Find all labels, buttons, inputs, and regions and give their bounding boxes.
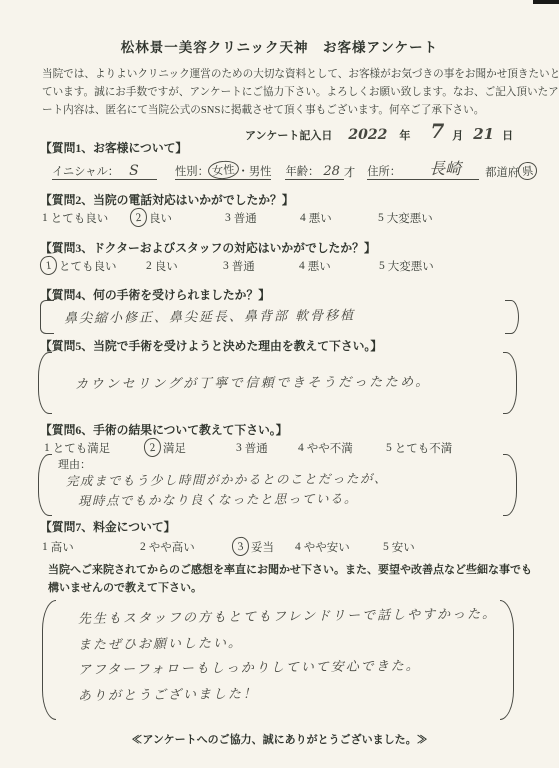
q2-option-1: 1とても良い <box>42 210 130 226</box>
address-field: 住所： 長崎 <box>367 156 479 180</box>
feedback-comments-handwritten: 先生もスタッフの方もとてもフレンドリーで話しやすかった。 またぜひお願いしたい。… <box>78 607 497 709</box>
comment-bracket-right <box>500 600 514 720</box>
gender-label: 性別： <box>175 163 209 179</box>
gender-female-option-circled: 女性 <box>207 160 239 181</box>
date-month-unit: 月 <box>452 127 463 143</box>
question-6-heading: 【質問6、手術の結果について教えて下さい。】 <box>40 421 288 438</box>
q7-option-1: 1高い <box>42 539 140 555</box>
q6-reason-line-1: 完成までもう少し時間がかかるとのことだったが、 <box>66 469 388 490</box>
intro-paragraph: 当院では、よりよいクリニック運営のための大切な資料として、お客様がお気づきの事を… <box>42 66 534 120</box>
intro-line-2: ています。誠にお手数ですが、アンケートにご協力下さい。よろしくお願い致します。な… <box>42 84 534 102</box>
q6-reason-bracket-left <box>38 454 52 516</box>
q4-bracket-left <box>40 300 54 334</box>
selected-circle: 3 <box>231 536 250 557</box>
q7-option-5: 5安い <box>383 539 415 555</box>
q3-option-3: 3普通 <box>223 258 299 274</box>
selected-circle: 2 <box>129 207 148 228</box>
age-unit: 才 <box>344 164 355 180</box>
feedback-prompt: 当院へご来院されてからのご感想を率直にお聞かせ下さい。また、要望や改善点など些細… <box>48 561 528 597</box>
initial-value-handwritten: S <box>129 163 139 179</box>
feedback-prompt-line-2: 構いませんので教えて下さい。 <box>48 579 528 597</box>
q2-option-3: 3普通 <box>225 210 300 226</box>
address-suffix: 都道府 <box>485 164 519 180</box>
age-label: 年齢： <box>285 163 319 179</box>
q6-option-2-selected: 2満足 <box>144 438 236 457</box>
q5-bracket-left <box>38 352 52 414</box>
survey-scan-page: 松林景一美容クリニック天神 お客様アンケート 当院では、よりよいクリニック運営の… <box>0 0 559 768</box>
date-day-unit: 日 <box>502 127 513 143</box>
selected-circle: 1 <box>39 255 58 276</box>
comment-line-4: ありがとうございました！ <box>78 678 497 709</box>
q3-option-2: 2良い <box>146 258 223 274</box>
q5-bracket-right <box>503 352 517 414</box>
question-3-heading: 【質問3、ドクターおよびスタッフの対応はいかがでしたか？】 <box>40 239 376 256</box>
initial-field: イニシャル： S <box>52 163 157 180</box>
question-6-options: 1とても満足 2満足 3普通 4やや不満 5とても不満 <box>44 438 452 457</box>
q6-option-3: 3普通 <box>236 440 298 456</box>
date-year-handwritten: 2022 <box>348 127 387 143</box>
intro-line-1: 当院では、よりよいクリニック運営のための大切な資料として、お客様がお気づきの事を… <box>42 66 534 84</box>
q6-option-5: 5とても不満 <box>386 440 452 456</box>
q3-option-1-selected: 1とても良い <box>40 256 146 275</box>
gender-field: 性別： 女性 ・ 男性 <box>175 161 271 180</box>
gender-separator: ・ <box>238 163 249 179</box>
date-year-unit: 年 <box>399 127 410 143</box>
question-5-heading: 【質問5、当院で手術を受けようと決めた理由を教えて下さい。】 <box>40 337 382 354</box>
q2-option-4: 4悪い <box>300 210 378 226</box>
initial-label: イニシャル： <box>52 163 119 179</box>
q6-option-4: 4やや不満 <box>298 440 386 456</box>
q5-answer-handwritten: カウンセリングが丁寧で信頼できそうだったため。 <box>75 371 431 392</box>
q7-option-3-selected: 3妥当 <box>232 537 295 556</box>
question-7-options: 1高い 2やや高い 3妥当 4やや安い 5安い <box>42 537 415 556</box>
page-title: 松林景一美容クリニック天神 お客様アンケート <box>0 36 559 56</box>
question-4-heading: 【質問4、何の手術を受けられましたか？】 <box>40 286 270 303</box>
q7-option-4: 4やや安い <box>295 539 383 555</box>
gender-male-option: 男性 <box>249 163 272 179</box>
date-label: アンケート記入日 <box>245 127 332 143</box>
q6-reason-line-2: 現時点でもかなり良くなったと思っている。 <box>78 489 358 509</box>
intro-line-3: ート内容は、匿名にて当院公式のSNSに掲載させて頂く事もございます。何卒ご了承下… <box>42 102 534 120</box>
q6-reason-bracket-right <box>503 454 517 516</box>
comment-bracket-left <box>42 600 56 720</box>
q2-option-5: 5大変悪い <box>378 210 433 226</box>
question-1-fields: イニシャル： S 性別： 女性 ・ 男性 年齢： 28 才 住所： 長崎 都道府… <box>52 156 536 180</box>
date-month-handwritten: 7 <box>430 119 444 143</box>
age-field: 年齢： 28 <box>285 163 343 180</box>
q4-answer-handwritten: 鼻尖縮小修正、鼻尖延長、鼻背部 軟骨移植 <box>64 304 355 326</box>
scan-artifact-mark <box>533 0 559 4</box>
q6-reason-label: 理由： <box>58 456 91 472</box>
question-2-options: 1とても良い 2良い 3普通 4悪い 5大変悪い <box>42 208 433 227</box>
address-value-handwritten: 長崎 <box>429 156 461 179</box>
feedback-prompt-line-1: 当院へご来院されてからのご感想を率直にお聞かせ下さい。また、要望や改善点など些細… <box>48 561 528 579</box>
address-label: 住所： <box>367 163 401 179</box>
address-suffix-circled: 県 <box>517 161 538 181</box>
question-7-heading: 【質問7、料金について】 <box>40 518 175 535</box>
q3-option-4: 4悪い <box>299 258 379 274</box>
question-1-heading: 【質問1、お客様について】 <box>40 139 187 156</box>
q7-option-2: 2やや高い <box>140 539 232 555</box>
q6-option-1: 1とても満足 <box>44 440 144 456</box>
question-2-heading: 【質問2、当院の電話対応はいかがでしたか？】 <box>40 191 294 208</box>
date-day-handwritten: 21 <box>473 125 494 143</box>
question-3-options: 1とても良い 2良い 3普通 4悪い 5大変悪い <box>40 256 434 275</box>
footer-thanks: ≪アンケートへのご協力、誠にありがとうございました。≫ <box>0 731 559 747</box>
selected-circle: 2 <box>143 437 162 458</box>
q3-option-5: 5大変悪い <box>379 258 434 274</box>
survey-date-line: アンケート記入日 2022 年 7 月 21 日 <box>245 119 513 143</box>
q2-option-2-selected: 2良い <box>130 208 225 227</box>
age-value-handwritten: 28 <box>323 164 340 179</box>
q4-bracket-right <box>505 300 519 334</box>
